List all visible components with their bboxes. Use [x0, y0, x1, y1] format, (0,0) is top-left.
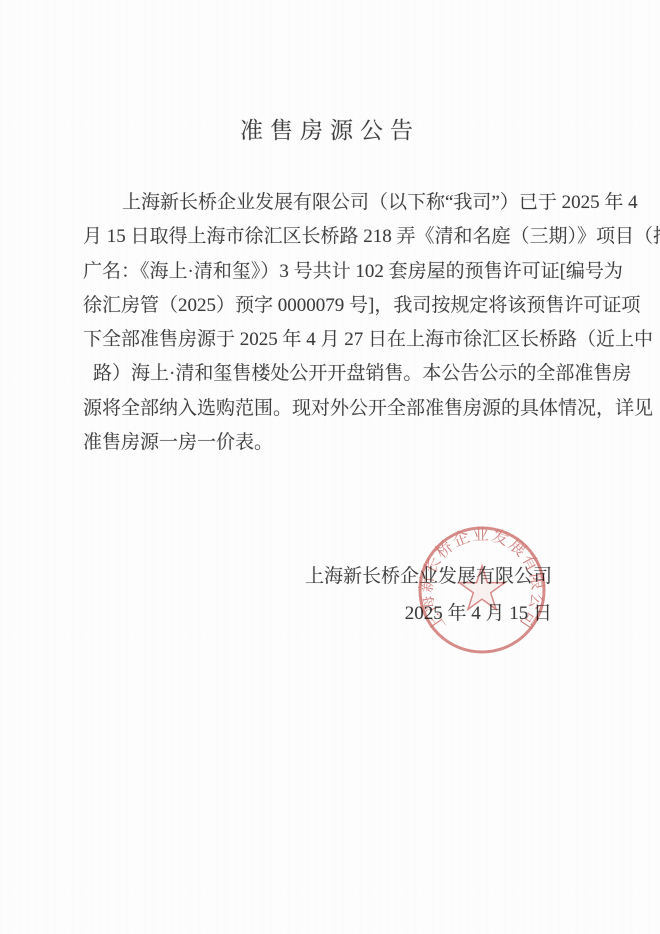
page-title: 准售房源公告 — [0, 112, 660, 145]
body-paragraph: 上海新长桥企业发展有限公司（以下称“我司”）已于 2025 年 4 月 15 日… — [83, 186, 553, 460]
company-seal: 上海新长桥企业发展有限公司 — [397, 505, 567, 675]
star-icon — [459, 566, 505, 609]
body-line: 源将全部纳入选购范围。现对外公开全部准售房源的具体情况，详见 — [83, 392, 553, 426]
body-line: 上海新长桥企业发展有限公司（以下称“我司”）已于 2025 年 4 — [83, 186, 553, 220]
body-line: 月 15 日取得上海市徐汇区长桥路 218 弄《清和名庭（三期）》项目（推 — [83, 220, 553, 254]
body-line: 准售房源一房一价表。 — [83, 426, 553, 460]
body-line: 路）海上·清和玺售楼处公开开盘销售。本公告公示的全部准售房 — [83, 357, 553, 391]
body-line: 下全部准售房源于 2025 年 4 月 27 日在上海市徐汇区长桥路（近上中 — [83, 323, 553, 357]
announcement-page: 准售房源公告 上海新长桥企业发展有限公司（以下称“我司”）已于 2025 年 4… — [0, 0, 660, 934]
body-line: 广名：《海上·清和玺》）3 号共计 102 套房屋的预售许可证[编号为 — [83, 255, 553, 289]
body-line: 徐汇房管（2025）预字 0000079 号]，我司按规定将该预售许可证项 — [83, 289, 553, 323]
